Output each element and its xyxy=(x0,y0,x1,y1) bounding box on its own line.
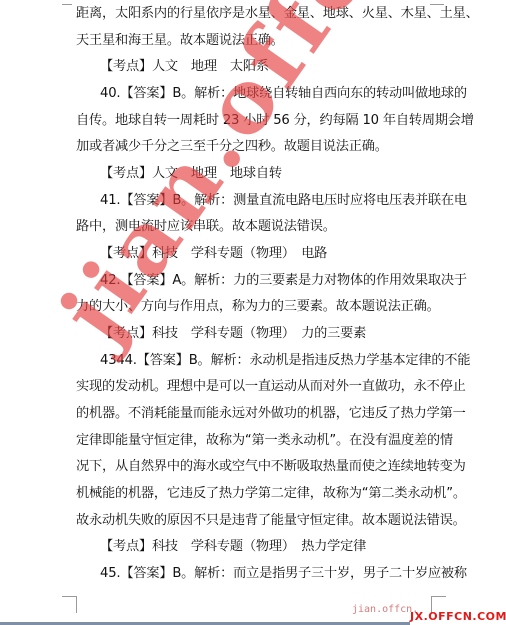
brand-watermark: JX.OFFCN.COM xyxy=(410,610,506,623)
text-line: 天王星和海王星。故本题说法正确。 xyxy=(76,33,432,49)
text-line: 实现的发动机。理想中是可以一直运动从而对外一直做功，永不停止 xyxy=(76,379,432,395)
topic-line: 【考点】科技 学科专题（物理） 电路 xyxy=(100,246,432,262)
text-line: 定律即能量守恒定律，故称为“第一类永动机”。在没有温度差的情 xyxy=(76,433,432,449)
answer-line: 42.【答案】A。解析：力的三要素是力对物体的作用效果取决于 xyxy=(100,273,432,289)
answer-line: 41.【答案】B。解析：测量直流电路电压时应将电压表并联在电 xyxy=(100,193,432,209)
text-line: 况下，从自然界中的海水或空气中不断吸取热量而使之连续地转变为 xyxy=(76,459,432,475)
text-line: 加或者减少千分之三至千分之四秒。故题目说法正确。 xyxy=(76,139,432,155)
text-line: 的机器。不消耗能量而能永远对外做功的机器，它违反了热力学第一 xyxy=(76,406,432,422)
topic-line: 【考点】人文 地理 地球自转 xyxy=(100,166,432,182)
answer-line: 45.【答案】B。解析：而立是指男子三十岁，男子二十岁应被称 xyxy=(100,566,432,582)
answer-line: 4344.【答案】B。解析：永动机是指违反热力学基本定律的不能 xyxy=(100,353,432,369)
answer-line: 40.【答案】B。解析：地球绕自转轴自西向东的转动叫做地球的 xyxy=(100,86,432,102)
topic-line: 【考点】科技 学科专题（物理） 力的三要素 xyxy=(100,326,432,342)
topic-line: 【考点】人文 地理 太阳系 xyxy=(100,59,432,75)
margin-corner-top-right xyxy=(430,0,444,5)
text-line: 故永动机失败的原因不只是违背了能量守恒定律。故本题说法错误。 xyxy=(76,513,432,529)
text-line: 路中，测电流时应该串联。故本题说法错误。 xyxy=(76,219,432,235)
text-line: 力的大小、方向与作用点，称为力的三要素。故本题说法正确。 xyxy=(76,299,432,315)
document-page: 距离，太阳系内的行星依序是水星、金星、地球、火星、木星、土星、 天王星和海王星。… xyxy=(0,0,506,625)
footer-watermark: jian.offcn. xyxy=(352,604,418,615)
text-line: 机械能的机器，它违反了热力学第二定律，故称为“第二类永动机”。 xyxy=(76,486,432,502)
margin-corner-bottom-left xyxy=(62,596,77,613)
text-line: 自传。地球自转一周耗时 23 小时 56 分，约每隔 10 年自转周期会增 xyxy=(76,113,432,129)
margin-corner-top-left xyxy=(62,0,72,5)
topic-line: 【考点】科技 学科专题（物理） 热力学定律 xyxy=(100,539,432,555)
text-line: 距离，太阳系内的行星依序是水星、金星、地球、火星、木星、土星、 xyxy=(76,6,432,22)
